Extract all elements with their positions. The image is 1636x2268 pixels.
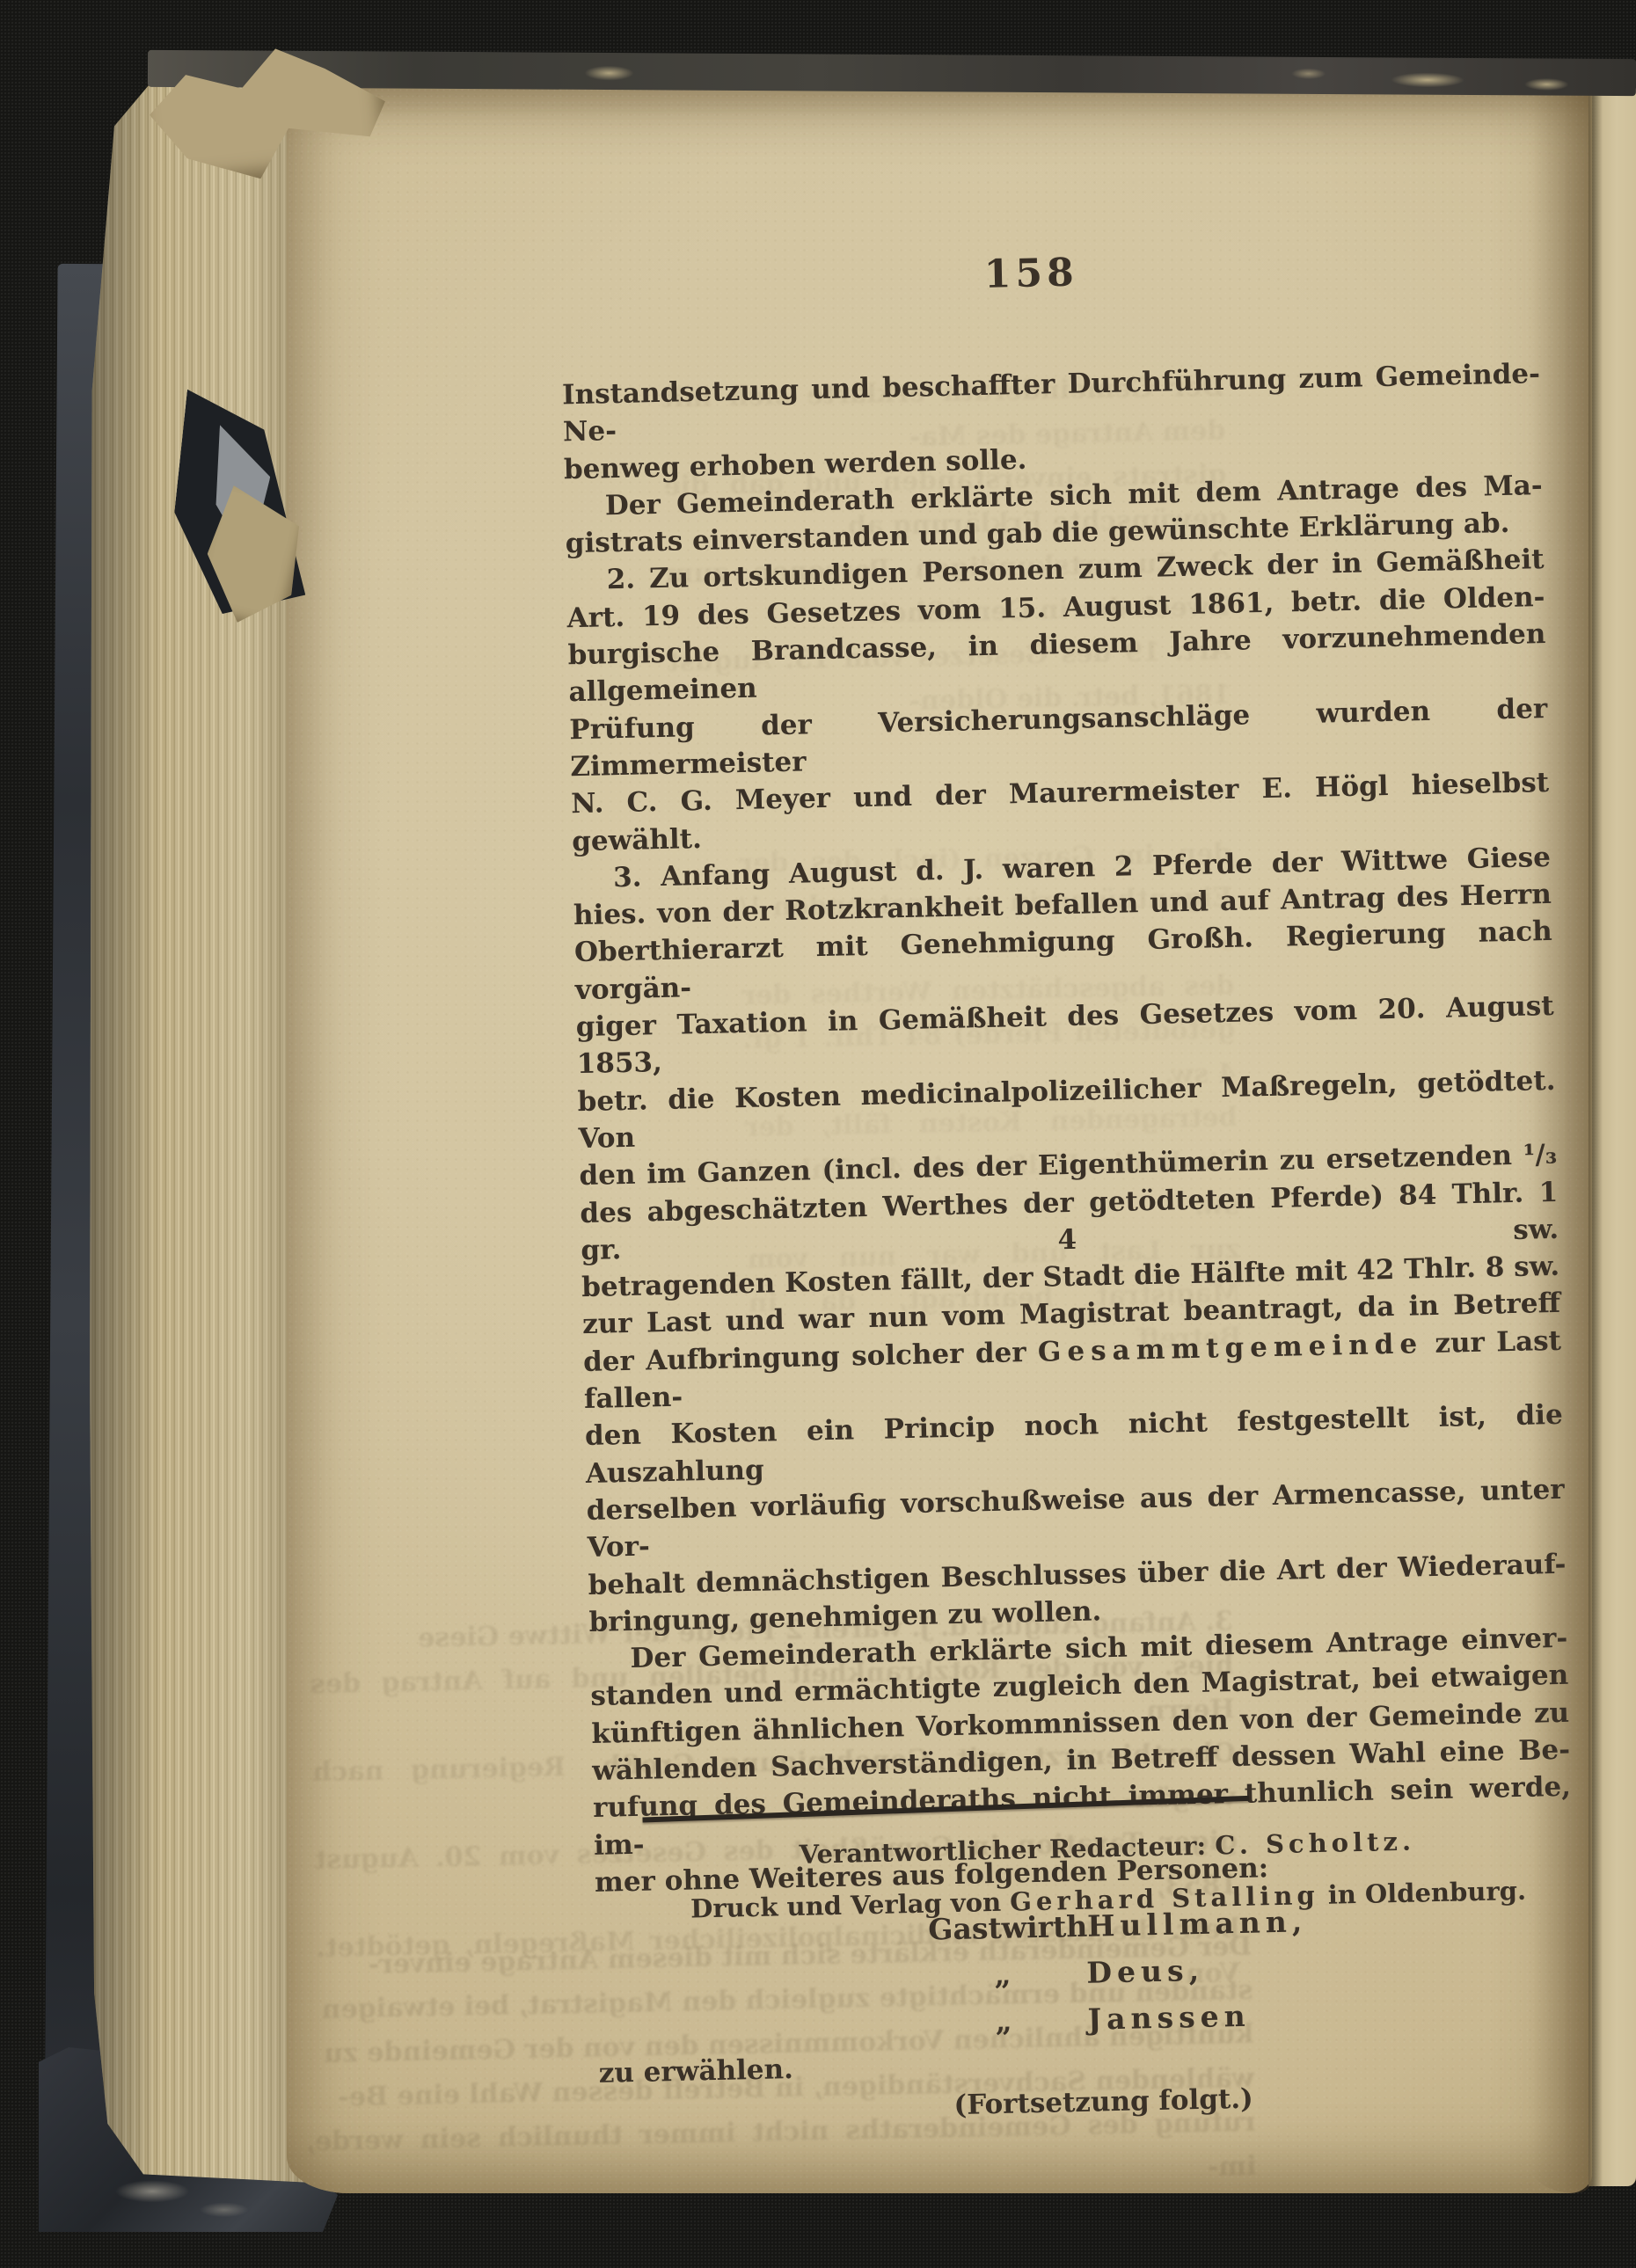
text-column: 158 Instandsetzung und beschaffter Durch… (556, 68, 1578, 2129)
book-scan: Der Gemeinderath erklärte sich mit dem A… (0, 0, 1636, 2268)
book-page: Der Gemeinderath erklärte sich mit dem A… (287, 81, 1592, 2193)
paragraph: 3. Anfang August d. J. waren 2 Pferde de… (573, 839, 1567, 1641)
name-prefix: „ (994, 1951, 1012, 1998)
paragraph: Instandsetzung und beschaffter Durchführ… (562, 355, 1543, 488)
imprint-lines: Verantwortlicher Redacteur: C. Scholtz.D… (594, 1812, 1574, 1937)
printed-content: 158 Instandsetzung und beschaffter Durch… (281, 67, 1632, 2207)
paragraph: 2. Zu ortskundigen Personen zum Zweck de… (566, 542, 1550, 861)
page-number: 158 (559, 240, 1538, 306)
name-text: Deus, (1086, 1953, 1205, 1990)
name-text: Janssen (1087, 1999, 1251, 2037)
body-text: Instandsetzung und beschaffter Durchführ… (562, 355, 1574, 1901)
facing-page-edge (1589, 84, 1636, 2186)
imprint: Verantwortlicher Redacteur: C. Scholtz.D… (593, 1793, 1574, 1937)
page-stack-edge (90, 76, 313, 2183)
name-prefix: „ (995, 1998, 1012, 2045)
